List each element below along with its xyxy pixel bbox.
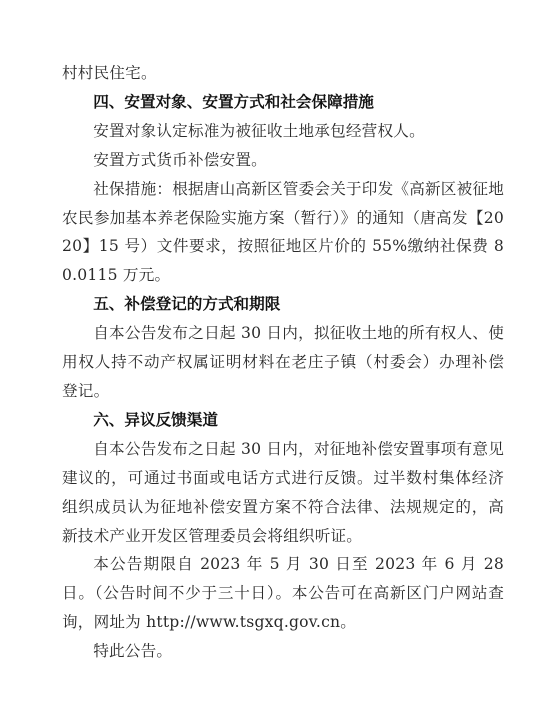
document-page: 村村民住宅。 四、安置对象、安置方式和社会保障措施 安置对象认定标准为被征收土地… — [62, 59, 504, 666]
paragraph-feedback: 自本公告发布之日起 30 日内，对征地补偿安置事项有意见建议的，可通过书面或电话… — [62, 435, 504, 551]
paragraph-closing: 特此公告。 — [62, 637, 504, 666]
paragraph-resettlement-method: 安置方式货币补偿安置。 — [62, 146, 504, 175]
section-heading: 四、安置对象、安置方式和社会保障措施 — [62, 88, 504, 117]
section-heading: 五、补偿登记的方式和期限 — [62, 290, 504, 319]
paragraph-resettlement-target: 安置对象认定标准为被征收土地承包经营权人。 — [62, 117, 504, 146]
section-resettlement: 四、安置对象、安置方式和社会保障措施 安置对象认定标准为被征收土地承包经营权人。… — [62, 88, 504, 290]
section-heading: 六、异议反馈渠道 — [62, 406, 504, 435]
section-registration: 五、补偿登记的方式和期限 自本公告发布之日起 30 日内，拟征收土地的所有权人、… — [62, 290, 504, 406]
section-feedback: 六、异议反馈渠道 自本公告发布之日起 30 日内，对征地补偿安置事项有意见建议的… — [62, 406, 504, 666]
paragraph-registration: 自本公告发布之日起 30 日内，拟征收土地的所有权人、使用权人持不动产权属证明材… — [62, 319, 504, 406]
paragraph-social-security: 社保措施：根据唐山高新区管委会关于印发《高新区被征地农民参加基本养老保险实施方案… — [62, 175, 504, 291]
continuation-text: 村村民住宅。 — [62, 59, 504, 88]
paragraph-notice-period: 本公告期限自 2023 年 5 月 30 日至 2023 年 6 月 28 日。… — [62, 550, 504, 637]
